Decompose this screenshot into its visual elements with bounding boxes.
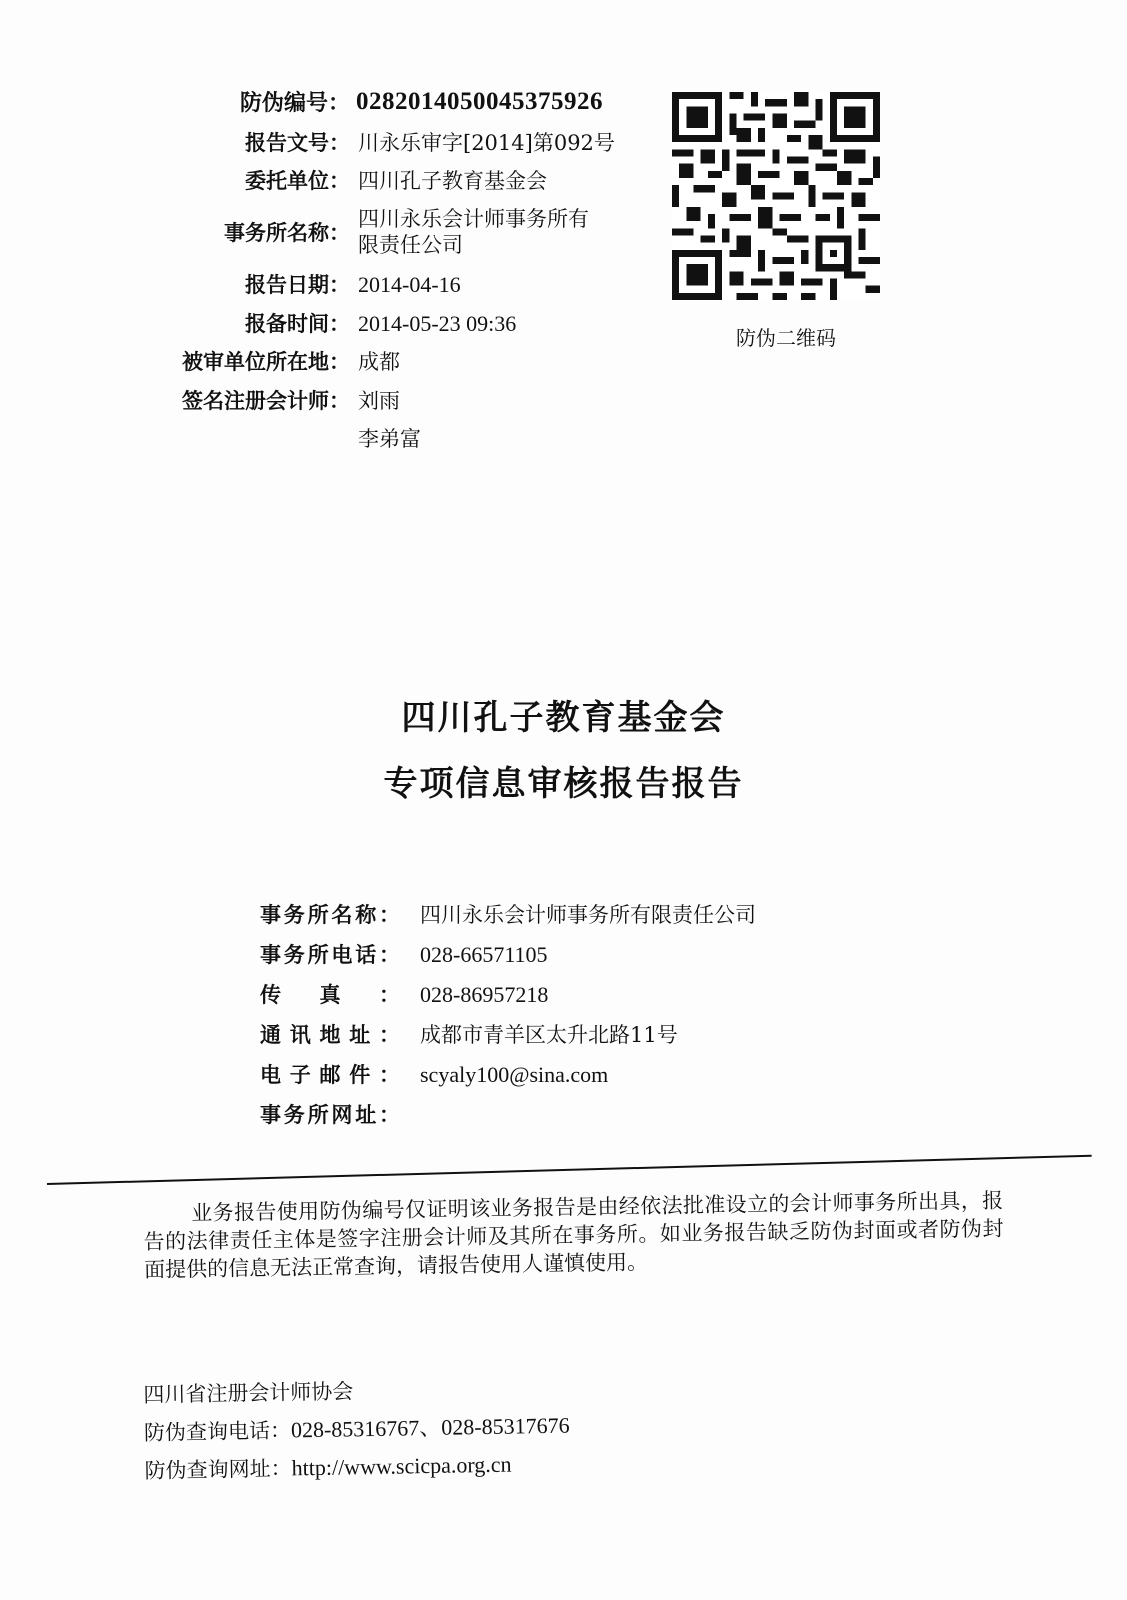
signing-cpa-1: 刘雨: [358, 388, 421, 414]
divider-line: [47, 1155, 1092, 1185]
contact-firm-label: 事务所名称：: [260, 902, 400, 928]
contact-phone-label: 事务所电话：: [260, 942, 400, 968]
filing-time-row: 报备时间： 2014-05-23 09:36: [150, 311, 516, 337]
report-no-value: 川永乐审字[2014]第092号: [358, 130, 615, 156]
serial-row: 防伪编号： 0282014050045375926: [150, 90, 603, 116]
audited-location-row: 被审单位所在地： 成都: [150, 349, 400, 375]
report-no-label: 报告文号：: [150, 130, 350, 156]
contact-firm-row: 事务所名称： 四川永乐会计师事务所有限责任公司: [260, 902, 756, 928]
contact-fax-value: 028-86957218: [420, 982, 548, 1008]
footer-phone-value: 028-85316767、028-85317676: [291, 1413, 570, 1443]
contact-website-row: 事务所网址：: [260, 1102, 420, 1128]
firm-name-row: 事务所名称： 四川永乐会计师事务所有 限责任公司: [150, 206, 589, 258]
contact-phone-row: 事务所电话： 028-66571105: [260, 942, 548, 968]
footer-web-row: 防伪查询网址：http://www.scicpa.org.cn: [144, 1445, 570, 1490]
serial-number: 0282014050045375926: [356, 88, 603, 116]
footer-web-link[interactable]: http://www.scicpa.org.cn: [291, 1452, 511, 1481]
contact-website-label: 事务所网址：: [260, 1102, 400, 1128]
contact-address-label: 通讯地址：: [260, 1022, 400, 1048]
report-title-line2: 专项信息审核报告报告: [0, 756, 1127, 805]
report-title-line1: 四川孔子教育基金会: [0, 690, 1127, 739]
notice-text: 业务报告使用防伪编号仅证明该业务报告是由经依法批准设立的会计师事务所出具，报告的…: [143, 1186, 1004, 1283]
footer-block: 四川省注册会计师协会 防伪查询电话：028-85316767、028-85317…: [143, 1369, 571, 1490]
audited-location-value: 成都: [358, 349, 400, 375]
serial-label: 防伪编号：: [150, 90, 350, 116]
client-label: 委托单位：: [150, 168, 350, 194]
client-value: 四川孔子教育基金会: [358, 168, 547, 194]
signing-cpas-label: 签名注册会计师：: [150, 388, 350, 414]
client-row: 委托单位： 四川孔子教育基金会: [150, 168, 547, 194]
contact-fax-label: 传真：: [260, 982, 400, 1008]
contact-firm-value: 四川永乐会计师事务所有限责任公司: [420, 902, 756, 928]
contact-address-value: 成都市青羊区太升北路11号: [420, 1022, 678, 1048]
report-date-row: 报告日期： 2014-04-16: [150, 272, 461, 298]
contact-email-label: 电子邮件：: [260, 1062, 400, 1088]
signing-cpa-2: 李弟富: [358, 426, 421, 452]
firm-name-value-line1: 四川永乐会计师事务所有: [358, 206, 589, 232]
qr-caption: 防伪二维码: [736, 322, 836, 351]
contact-phone-value: 028-66571105: [420, 942, 548, 968]
footer-web-label: 防伪查询网址：: [144, 1456, 291, 1483]
footer-phone-label: 防伪查询电话：: [144, 1418, 291, 1445]
contact-address-row: 通讯地址： 成都市青羊区太升北路11号: [260, 1022, 678, 1048]
filing-time-label: 报备时间：: [150, 311, 350, 337]
contact-email-row: 电子邮件： scyaly100@sina.com: [260, 1062, 608, 1088]
contact-email-value[interactable]: scyaly100@sina.com: [420, 1062, 608, 1088]
audited-location-label: 被审单位所在地：: [150, 349, 350, 375]
report-date-value: 2014-04-16: [358, 272, 461, 298]
notice-block: 业务报告使用防伪编号仅证明该业务报告是由经依法批准设立的会计师事务所出具，报告的…: [143, 1186, 1004, 1283]
report-date-label: 报告日期：: [150, 272, 350, 298]
filing-time-value: 2014-05-23 09:36: [358, 311, 516, 337]
firm-name-label: 事务所名称：: [150, 220, 350, 246]
signing-cpas-row: 签名注册会计师： 刘雨 李弟富: [150, 388, 421, 452]
qr-code-icon: [672, 92, 880, 300]
contact-fax-row: 传真： 028-86957218: [260, 982, 548, 1008]
firm-name-value-line2: 限责任公司: [358, 232, 589, 258]
report-no-row: 报告文号： 川永乐审字[2014]第092号: [150, 130, 615, 156]
